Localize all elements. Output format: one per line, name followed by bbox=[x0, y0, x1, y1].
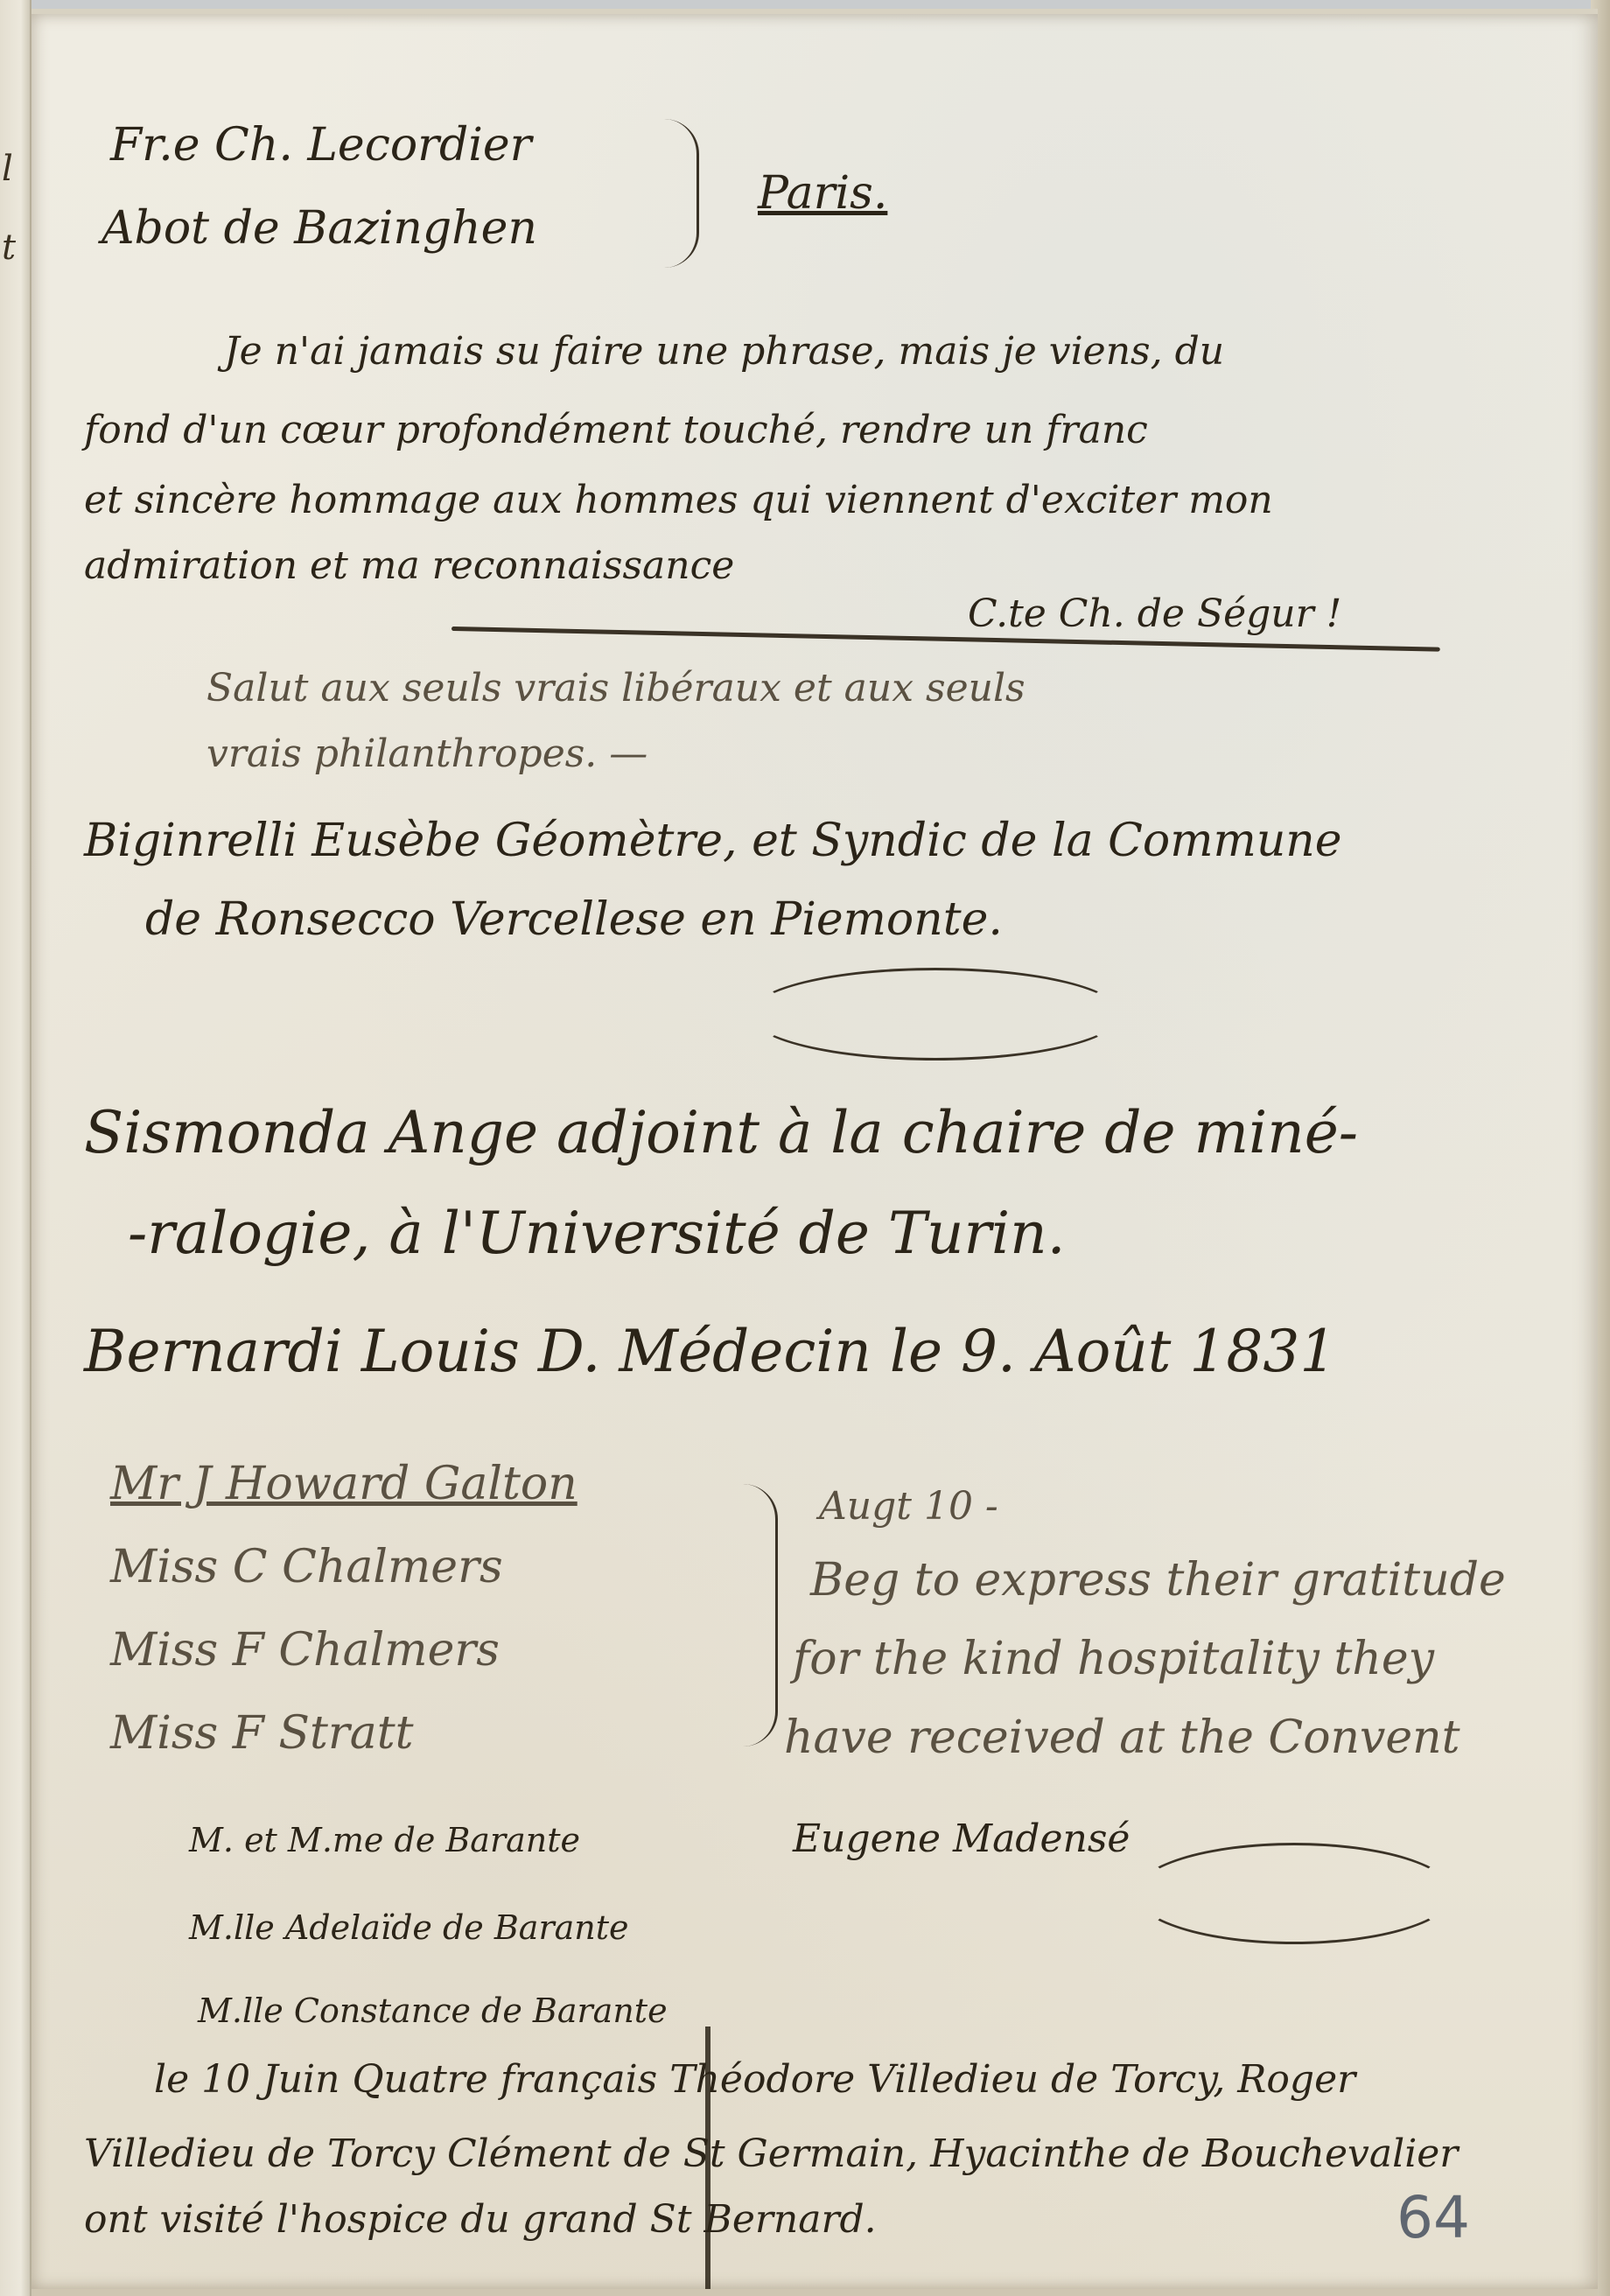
entry-line: ont visité l'hospice du grand St Bernard… bbox=[84, 2197, 877, 2242]
visitor-name: Mr J Howard Galton bbox=[110, 1458, 577, 1510]
entry-line: de Ronsecco Vercellese en Piemonte. bbox=[145, 893, 1003, 946]
entry-line: vrais philanthropes. — bbox=[206, 731, 647, 776]
message-line: Augt 10 - bbox=[819, 1484, 998, 1529]
signature: Eugene Madensé bbox=[793, 1816, 1130, 1861]
message-line: for the kind hospitality they bbox=[793, 1633, 1434, 1685]
brace-mark bbox=[731, 1484, 778, 1746]
entry-line: Biginrelli Eusèbe Géomètre, et Syndic de… bbox=[84, 815, 1342, 867]
entry-line: M. et M.me de Barante bbox=[189, 1821, 580, 1859]
message-line: Beg to express their gratitude bbox=[810, 1554, 1506, 1606]
margin-fragment: t bbox=[2, 227, 16, 268]
entry-line: le 10 Juin Quatre français Théodore Vill… bbox=[154, 2057, 1355, 2102]
entry-line: Fr.e Ch. Lecordier bbox=[110, 119, 532, 171]
place-paris: Paris. bbox=[758, 167, 887, 220]
visitor-name: Miss F Chalmers bbox=[110, 1624, 500, 1676]
entry-line: Salut aux seuls vrais libéraux et aux se… bbox=[206, 666, 1025, 710]
brace-mark bbox=[644, 119, 699, 268]
manuscript-page: Fr.e Ch. Lecordier Abot de Bazinghen Par… bbox=[31, 9, 1598, 2296]
entry-line: Sismonda Ange adjoint à la chaire de min… bbox=[84, 1099, 1358, 1166]
entry-line: Je n'ai jamais su faire une phrase, mais… bbox=[224, 329, 1224, 374]
entry-line: fond d'un cœur profondément touché, rend… bbox=[84, 408, 1148, 452]
facing-page-edge: l t bbox=[0, 0, 31, 2296]
page-number: 64 bbox=[1396, 2184, 1470, 2251]
entry-line: et sincère hommage aux hommes qui vienne… bbox=[84, 478, 1273, 522]
visitor-name: Miss F Stratt bbox=[110, 1707, 414, 1760]
entry-line: Villedieu de Torcy Clément de St Germain… bbox=[84, 2131, 1458, 2176]
message-line: have received at the Convent bbox=[784, 1711, 1460, 1764]
signature-flourish bbox=[1134, 1843, 1454, 1944]
ink-stroke-mark bbox=[705, 2026, 710, 2289]
entry-line: -ralogie, à l'Université de Turin. bbox=[128, 1200, 1066, 1267]
signature-flourish bbox=[749, 968, 1122, 1060]
entry-line: Abot de Bazinghen bbox=[101, 202, 537, 255]
signature: C.te Ch. de Ségur ! bbox=[968, 591, 1341, 636]
entry-line: admiration et ma reconnaissance bbox=[84, 543, 734, 588]
entry-line: M.lle Adelaïde de Barante bbox=[189, 1908, 629, 1947]
entry-line: Bernardi Louis D. Médecin le 9. Août 183… bbox=[84, 1318, 1336, 1385]
visitor-name: Miss C Chalmers bbox=[110, 1541, 503, 1593]
entry-line: M.lle Constance de Barante bbox=[198, 1991, 668, 2030]
margin-fragment: l bbox=[2, 149, 13, 189]
